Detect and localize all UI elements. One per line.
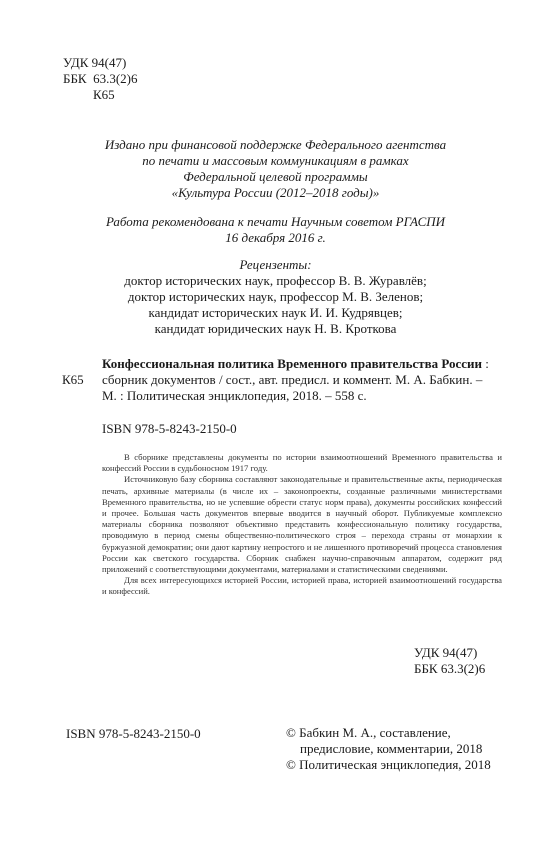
annotation: В сборнике представлены документы по ист…	[102, 452, 502, 598]
book-title: Конфессиональная политика Временного пра…	[102, 356, 482, 371]
copyright-line: предисловие, комментарии, 2018	[286, 741, 491, 757]
recommendation-date: 16 декабря 2016 г.	[0, 230, 551, 246]
recommendation-line: Работа рекомендована к печати Научным со…	[0, 214, 551, 230]
copyright-line: © Бабкин М. А., составление,	[286, 725, 491, 741]
funding-note: Издано при финансовой поддержке Федераль…	[0, 137, 551, 201]
bibliographic-record: Конфессиональная политика Временного пра…	[62, 356, 512, 404]
funding-line: по печати и массовым коммуникациям в рам…	[0, 153, 551, 169]
reviewer: доктор исторических наук, профессор В. В…	[0, 273, 551, 289]
bbk-code: ББК 63.3(2)6	[414, 661, 485, 677]
funding-line: «Культура России (2012–2018 годы)»	[0, 185, 551, 201]
bbk-code: ББК 63.3(2)6	[63, 71, 138, 87]
isbn: ISBN 978-5-8243-2150-0	[102, 421, 237, 437]
title-separator: :	[482, 356, 489, 371]
recommendation-note: Работа рекомендована к печати Научным со…	[0, 214, 551, 246]
annotation-paragraph: Источниковую базу сборника составляют за…	[102, 474, 502, 575]
author-mark: К65	[62, 372, 102, 388]
author-mark: К65	[63, 87, 138, 103]
funding-line: Издано при финансовой поддержке Федераль…	[0, 137, 551, 153]
footer-isbn: ISBN 978-5-8243-2150-0	[66, 726, 201, 742]
udk-code: УДК 94(47)	[414, 645, 485, 661]
copyright-line: © Политическая энциклопедия, 2018	[286, 757, 491, 773]
annotation-paragraph: Для всех интересующихся историей России,…	[102, 575, 502, 597]
record-line: М. : Политическая энциклопедия, 2018. – …	[102, 388, 512, 404]
copyright-block: © Бабкин М. А., составление, предисловие…	[286, 725, 491, 773]
classification-top: УДК 94(47) ББК 63.3(2)6 К65	[63, 55, 138, 103]
reviewers-block: Рецензенты: доктор исторических наук, пр…	[0, 257, 551, 337]
reviewer: кандидат исторических наук И. И. Кудрявц…	[0, 305, 551, 321]
udk-code: УДК 94(47)	[63, 55, 138, 71]
annotation-paragraph: В сборнике представлены документы по ист…	[102, 452, 502, 474]
record-line: сборник документов / сост., авт. предисл…	[102, 372, 512, 388]
reviewers-title: Рецензенты:	[0, 257, 551, 273]
reviewer: кандидат юридических наук Н. В. Кроткова	[0, 321, 551, 337]
funding-line: Федеральной целевой программы	[0, 169, 551, 185]
classification-bottom: УДК 94(47) ББК 63.3(2)6	[414, 645, 485, 677]
reviewer: доктор исторических наук, профессор М. В…	[0, 289, 551, 305]
